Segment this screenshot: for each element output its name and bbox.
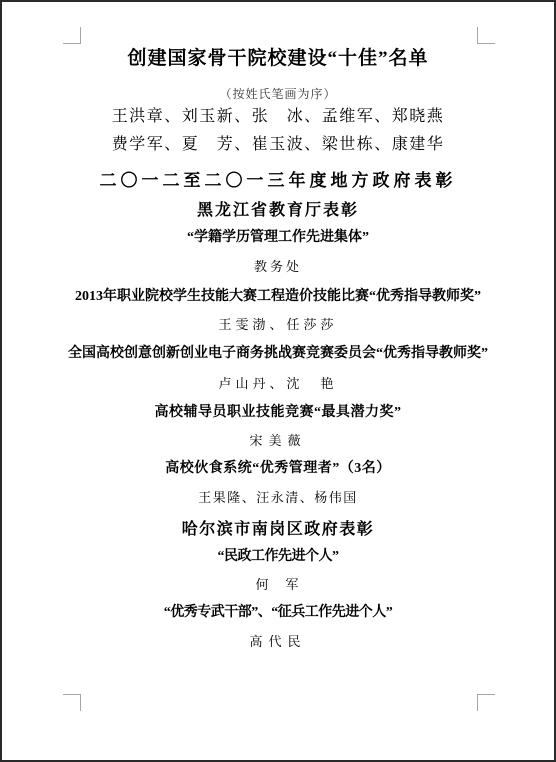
crop-mark-top-left-icon bbox=[63, 27, 81, 44]
doc-title: 创建国家骨干院校建设“十佳”名单 bbox=[2, 48, 554, 71]
recipient-song-meiwei: 宋美薇 bbox=[2, 433, 554, 449]
heading-heilongjiang-education: 黑龙江省教育厅表彰 bbox=[2, 201, 554, 220]
recipients-lu-shen: 卢山丹、沈 艳 bbox=[2, 376, 554, 392]
top-ten-names-row-2: 费学军、夏 芳、崔玉波、梁世栋、康建华 bbox=[2, 135, 554, 154]
top-ten-names-row-1: 王洪章、刘玉新、张 冰、孟维军、郑晓燕 bbox=[2, 107, 554, 126]
recipient-he-jun: 何 军 bbox=[2, 577, 554, 593]
crop-mark-bottom-right-icon bbox=[477, 694, 495, 711]
heading-nangang-government: 哈尔滨市南岗区政府表彰 bbox=[2, 520, 554, 539]
award-ecommerce-challenge: 全国高校创意创新创业电子商务挑战赛竞赛委员会“优秀指导教师奖” bbox=[2, 346, 554, 363]
section-heading-local-government: 二〇一二至二〇一三年度地方政府表彰 bbox=[2, 171, 554, 191]
recipient-jiaowuchu: 教务处 bbox=[2, 259, 554, 275]
document-page: 创建国家骨干院校建设“十佳”名单 （按姓氏笔画为序） 王洪章、刘玉新、张 冰、孟… bbox=[0, 0, 556, 762]
award-2013-skills-competition: 2013年职业院校学生技能大赛工程造价技能比赛“优秀指导教师奖” bbox=[2, 289, 554, 306]
award-counselor-competition: 高校辅导员职业技能竞赛“最具潜力奖” bbox=[2, 405, 554, 422]
recipients-canteen-managers: 王果隆、汪永清、杨伟国 bbox=[2, 490, 554, 506]
crop-mark-bottom-left-icon bbox=[63, 694, 81, 711]
award-civil-affairs-individual: “民政工作先进个人” bbox=[2, 549, 554, 566]
crop-mark-top-right-icon bbox=[477, 27, 495, 44]
award-military-service: “优秀专武干部”、“征兵工作先进个人” bbox=[2, 605, 554, 622]
sort-note: （按姓氏笔画为序） bbox=[2, 87, 554, 101]
award-canteen-manager: 高校伙食系统“优秀管理者”（3名） bbox=[2, 461, 554, 478]
recipient-gao-daimin: 高代民 bbox=[2, 634, 554, 650]
award-xueji-xueli-collective: “学籍学历管理工作先进集体” bbox=[2, 230, 554, 247]
recipients-wang-ren: 王雯渤、任莎莎 bbox=[2, 317, 554, 333]
